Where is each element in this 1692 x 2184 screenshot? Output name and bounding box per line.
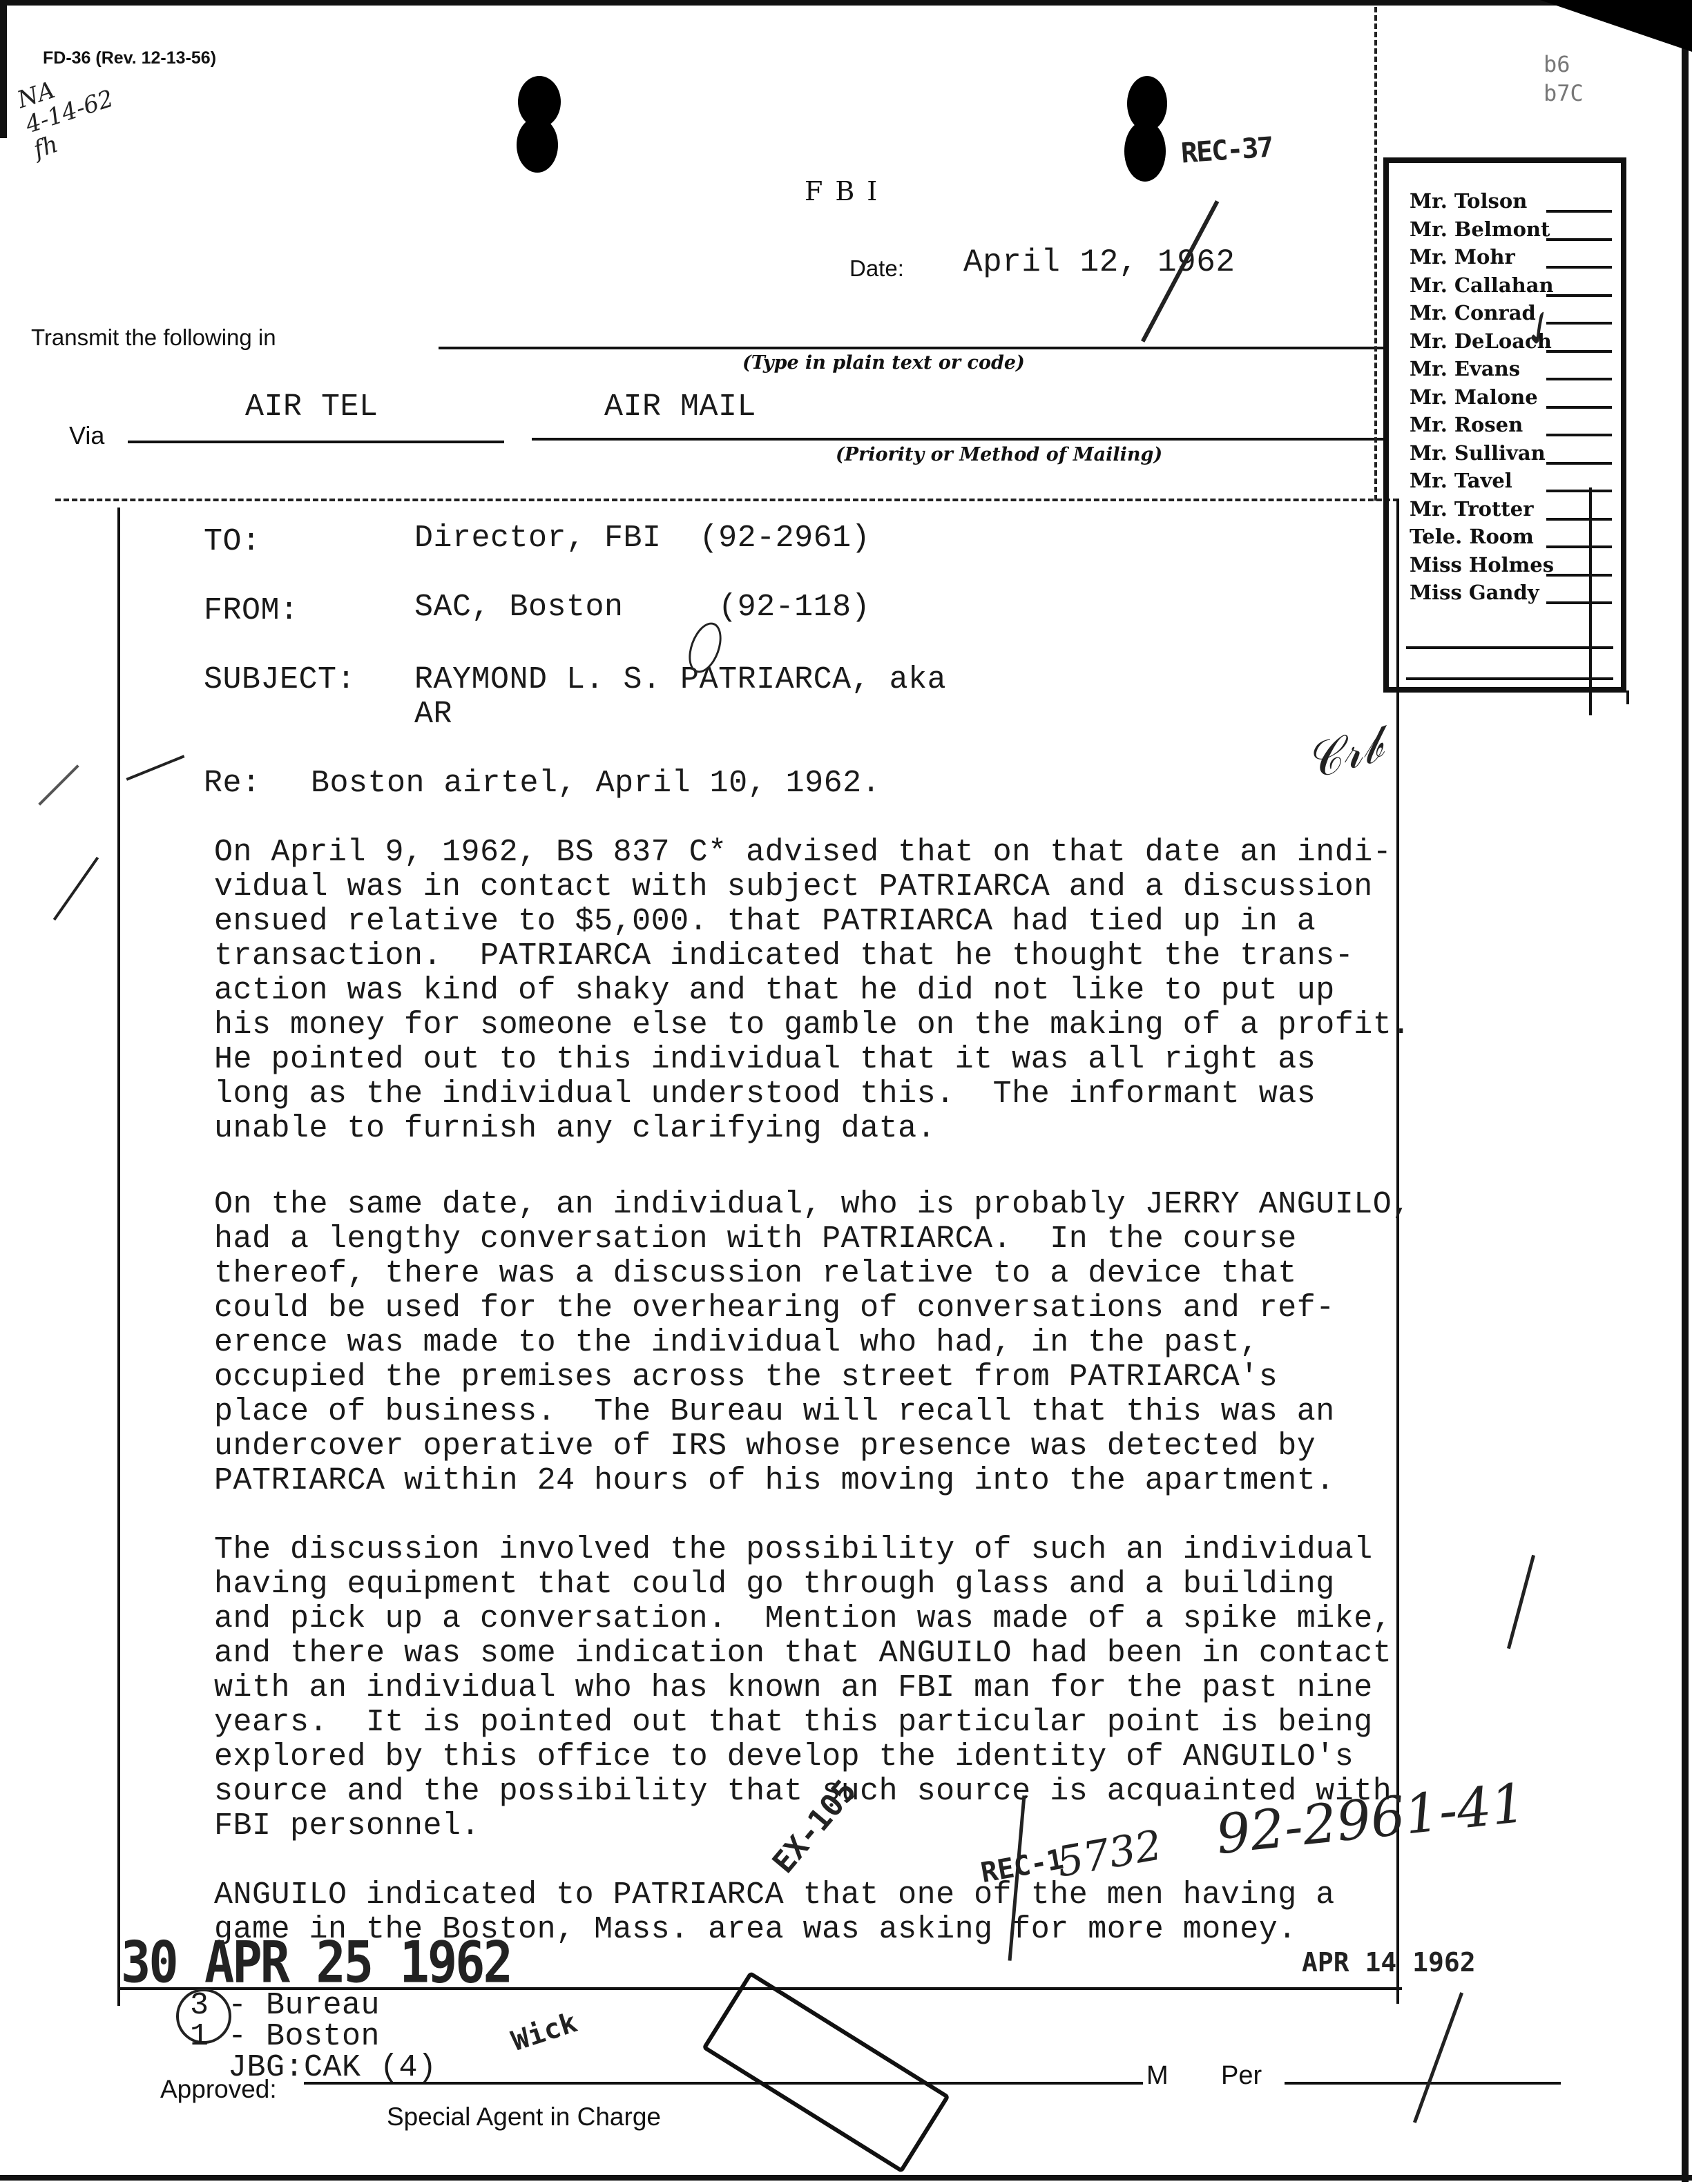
- subject-label: SUBJECT:: [204, 663, 356, 697]
- exemption-b7c: b7C: [1544, 79, 1584, 108]
- routing-item-blank: [1546, 406, 1612, 409]
- dashed-separator: [55, 499, 1398, 501]
- exemption-b6: b6: [1544, 50, 1584, 79]
- via-underline-2: [532, 438, 1385, 441]
- body-frame-left: [117, 508, 120, 2006]
- via-hint: (Priority or Method of Mailing): [836, 444, 1162, 465]
- routing-item: Mr. Sullivan: [1410, 441, 1546, 465]
- paragraph-line: action was kind of shaky and that he did…: [214, 974, 1411, 1008]
- paragraph-1: On April 9, 1962, BS 837 C* advised that…: [214, 835, 1411, 1146]
- margin-check-mark: [1507, 1555, 1535, 1650]
- scan-left-edge: [0, 0, 7, 138]
- paragraph-line: undercover operative of IRS whose presen…: [214, 1429, 1411, 1464]
- routing-item: Mr. Tavel: [1410, 469, 1512, 492]
- copy-line-boston: 1 - Boston: [190, 2020, 380, 2054]
- routing-item-blank: [1546, 378, 1612, 380]
- routing-item-blank: [1546, 574, 1612, 577]
- paragraph-line: ensued relative to $5,000. that PATRIARC…: [214, 905, 1411, 939]
- stamp-date-filed: 30 APR 25 1962: [121, 1929, 511, 1996]
- routing-item: Mr. Rosen: [1410, 413, 1523, 436]
- approver-title: Special Agent in Charge: [387, 2103, 661, 2132]
- routing-item: Mr. Mohr: [1410, 245, 1515, 269]
- routing-item: Mr. Trotter: [1410, 497, 1534, 521]
- routing-item: Mr. Tolson: [1410, 189, 1527, 213]
- paragraph-line: place of business. The Bureau will recal…: [214, 1395, 1411, 1429]
- punch-hole-right-bottom: [1124, 121, 1166, 182]
- subject-line-2: AR: [414, 697, 452, 732]
- margin-stroke-1: [126, 755, 185, 780]
- routing-item-blank: [1546, 238, 1612, 241]
- routing-blank-line-1: [1406, 646, 1613, 649]
- re-value: Boston airtel, April 10, 1962.: [311, 766, 881, 801]
- paragraph-line: ANGUILO indicated to PATRIARCA that one …: [214, 1878, 1335, 1913]
- routing-item-blank: [1546, 266, 1612, 269]
- routing-item: Tele. Room: [1410, 525, 1534, 548]
- paragraph-line: On the same date, an individual, who is …: [214, 1188, 1411, 1222]
- paragraph-line: had a lengthy conversation with PATRIARC…: [214, 1222, 1411, 1257]
- routing-item-blank: [1546, 601, 1612, 604]
- routing-item: Miss Gandy: [1410, 581, 1539, 604]
- agency-title: FBI: [805, 176, 890, 206]
- stamp-recorded-top: REC-37: [1180, 131, 1273, 169]
- per-signature-line: [1285, 2082, 1561, 2085]
- paragraph-line: and there was some indication that ANGUI…: [214, 1636, 1392, 1671]
- form-number: FD-36 (Rev. 12-13-56): [43, 48, 216, 68]
- paragraph-line: long as the individual understood this. …: [214, 1077, 1411, 1112]
- via-label: Via: [69, 421, 104, 450]
- exemption-codes: b6 b7C: [1544, 50, 1584, 108]
- to-value: Director, FBI (92-2961): [414, 521, 870, 556]
- routing-item: Mr. Malone: [1410, 385, 1538, 409]
- routing-item-blank: [1546, 350, 1612, 353]
- routing-item: Mr. Belmont: [1410, 218, 1550, 241]
- routing-slip-box: Mr. TolsonMr. BelmontMr. MohrMr. Callaha…: [1383, 157, 1626, 693]
- paragraph-line: PATRIARCA within 24 hours of his moving …: [214, 1464, 1411, 1498]
- copy-line-bureau: 3 - Bureau: [190, 1989, 380, 2023]
- paragraph-line: his money for someone else to gamble on …: [214, 1008, 1411, 1043]
- per-label: Per: [1221, 2061, 1262, 2091]
- paragraph-line: having equipment that could go through g…: [214, 1567, 1392, 1602]
- paragraph-line: The discussion involved the possibility …: [214, 1533, 1392, 1567]
- routing-item-blank: [1546, 434, 1612, 436]
- paragraph-line: On April 9, 1962, BS 837 C* advised that…: [214, 835, 1411, 870]
- scan-right-edge: [1682, 41, 1689, 2182]
- routing-item: Miss Holmes: [1410, 553, 1554, 577]
- paragraph-line: transaction. PATRIARCA indicated that he…: [214, 939, 1411, 974]
- routing-item: Mr. Evans: [1410, 357, 1520, 380]
- routing-vertical-rule: [1589, 487, 1592, 715]
- paragraph-line: could be used for the overhearing of con…: [214, 1291, 1411, 1326]
- transmit-hint: (Type in plain text or code): [742, 352, 1025, 374]
- paragraph-2: On the same date, an individual, who is …: [214, 1188, 1411, 1498]
- routing-item-blank: [1546, 294, 1612, 297]
- routing-item-blank: [1546, 210, 1612, 213]
- via-underline-1: [128, 441, 504, 443]
- routing-item-blank: [1546, 518, 1612, 521]
- paragraph-line: thereof, there was a discussion relative…: [214, 1257, 1411, 1291]
- stamp-date-received: APR 14 1962: [1302, 1947, 1476, 1978]
- paragraph-line: and pick up a conversation. Mention was …: [214, 1602, 1392, 1636]
- sent-time-suffix: M: [1146, 2061, 1169, 2091]
- to-label: TO:: [204, 525, 261, 559]
- punch-hole-left-bottom: [517, 117, 558, 173]
- routing-item-blank: [1546, 322, 1612, 325]
- paragraph-line: years. It is pointed out that this parti…: [214, 1705, 1392, 1740]
- paragraph-line: explored by this office to develop the i…: [214, 1740, 1392, 1775]
- handwritten-filed-mark: [1413, 1992, 1463, 2123]
- subject-line-1: RAYMOND L. S. PATRIARCA, aka: [414, 663, 946, 697]
- paragraph-line: with an individual who has known an FBI …: [214, 1671, 1392, 1705]
- routing-blank-line-2: [1406, 677, 1613, 680]
- dashed-vertical-separator: [1374, 7, 1377, 501]
- routing-item-blank: [1546, 545, 1612, 548]
- routing-tick: [1626, 690, 1629, 704]
- re-label: Re:: [204, 766, 261, 801]
- from-value: SAC, Boston (92-118): [414, 590, 870, 625]
- paragraph-line: vidual was in contact with subject PATRI…: [214, 870, 1411, 905]
- date-label: Date:: [849, 255, 904, 282]
- stamp-wick: Wick: [508, 2007, 581, 2058]
- date-value: April 12, 1962: [963, 245, 1235, 280]
- via-value-2: AIR MAIL: [604, 390, 756, 425]
- handwritten-notation-top-left: NA 4-14-62 fh: [15, 61, 125, 164]
- paragraph-line: occupied the premises across the street …: [214, 1360, 1411, 1395]
- transmit-underline: [439, 347, 1385, 349]
- paragraph-line: He pointed out to this individual that i…: [214, 1043, 1411, 1077]
- scan-bottom-border: [0, 2175, 1692, 2181]
- margin-mark-1: [38, 764, 79, 805]
- routing-stamp-outline: [702, 1971, 950, 2173]
- from-label: FROM:: [204, 594, 299, 628]
- paragraph-line: erence was made to the individual who ha…: [214, 1326, 1411, 1360]
- via-value-1: AIR TEL: [245, 390, 378, 425]
- approved-signature-line: [304, 2082, 1143, 2085]
- routing-item: Mr. Callahan: [1410, 273, 1554, 297]
- routing-item-blank: [1546, 462, 1612, 465]
- scan-top-border: [0, 0, 1692, 6]
- scan-corner-fold: [1540, 0, 1692, 52]
- approved-label: Approved:: [160, 2075, 277, 2104]
- handwritten-signature-initials: 𝒞𝓇𝒷: [1299, 716, 1387, 791]
- paragraph-3: The discussion involved the possibility …: [214, 1533, 1392, 1844]
- margin-mark-2: [53, 857, 99, 920]
- transmit-label: Transmit the following in: [31, 325, 276, 351]
- routing-item-blank: [1546, 490, 1612, 492]
- paragraph-line: unable to furnish any clarifying data.: [214, 1112, 1411, 1146]
